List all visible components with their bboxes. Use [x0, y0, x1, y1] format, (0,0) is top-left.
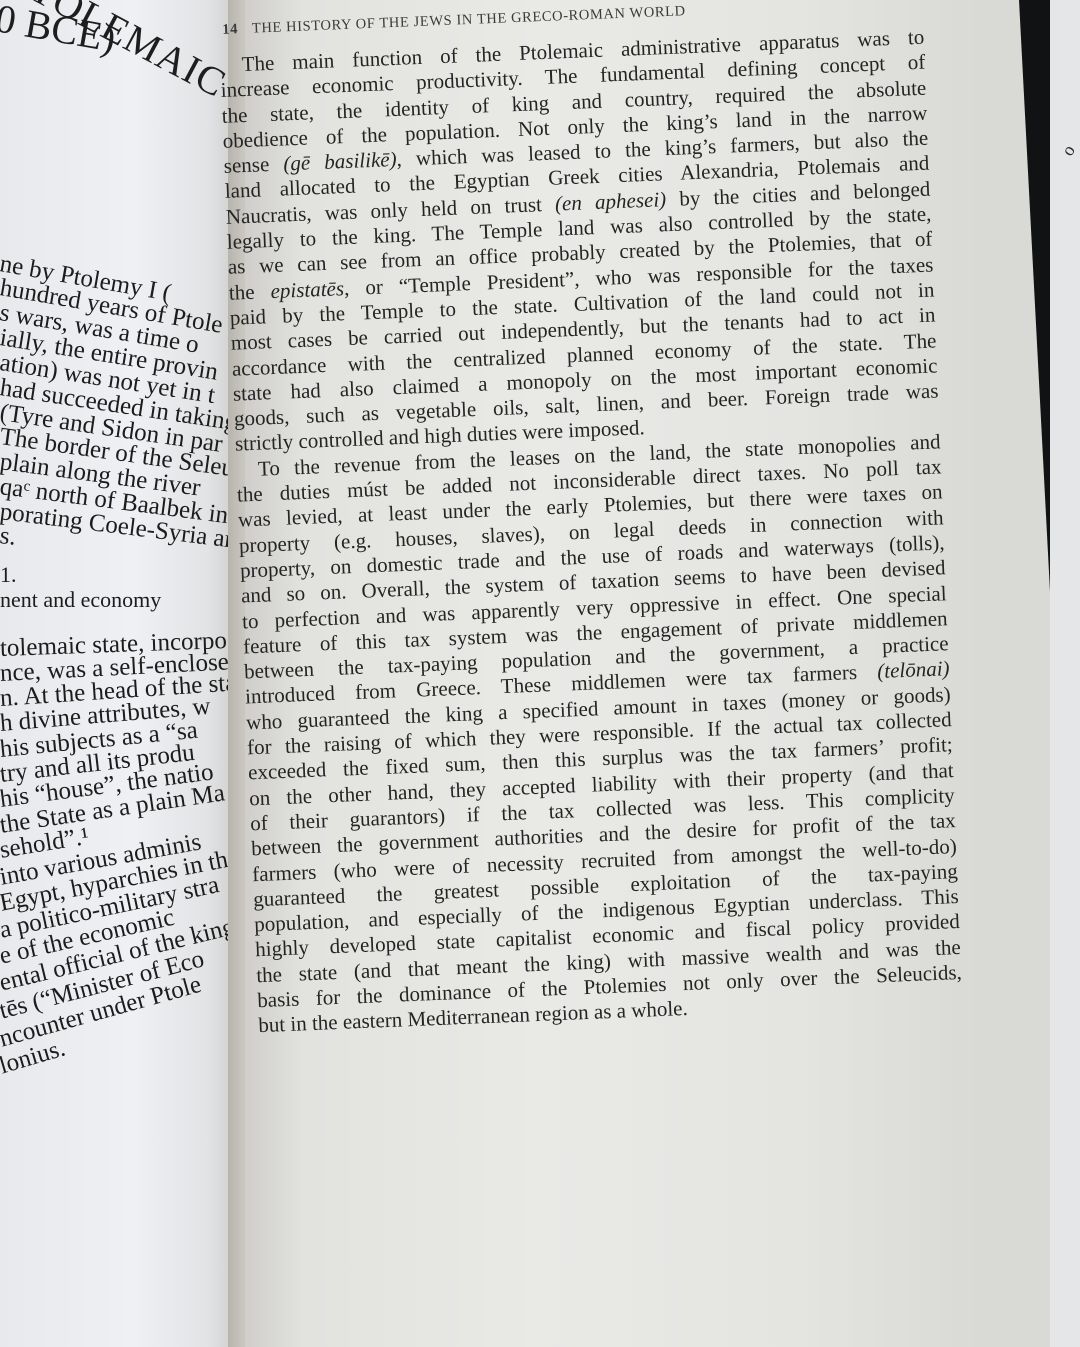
chapter-heading: TOLEMAIC 0 BCE) [0, 0, 245, 60]
background-surface [1050, 0, 1080, 1347]
italic-term: (telōnai) [877, 657, 950, 684]
left-text-line: s. [0, 522, 18, 552]
paragraph-1: The main function of the Ptolemaic admin… [219, 23, 985, 458]
italic-term: (gē basilikē) [283, 147, 397, 176]
right-page-text: 14 THE HISTORY OF THE JEWS IN THE GRECO-… [218, 0, 1008, 1039]
italic-term: epistatēs [270, 276, 344, 303]
paragraph-2: To the revenue from the leases on the la… [235, 427, 1008, 1038]
italic-term: (en aphesei) [555, 187, 667, 215]
left-text-line: nent and economy [0, 587, 161, 613]
text-run: the [228, 279, 271, 305]
left-text-line: 1. [0, 562, 17, 588]
left-page: TOLEMAIC 0 BCE) ne by Ptolemy I (hundred… [0, 0, 245, 1347]
page-number: 14 [222, 21, 238, 38]
text-run: sense [223, 152, 284, 178]
